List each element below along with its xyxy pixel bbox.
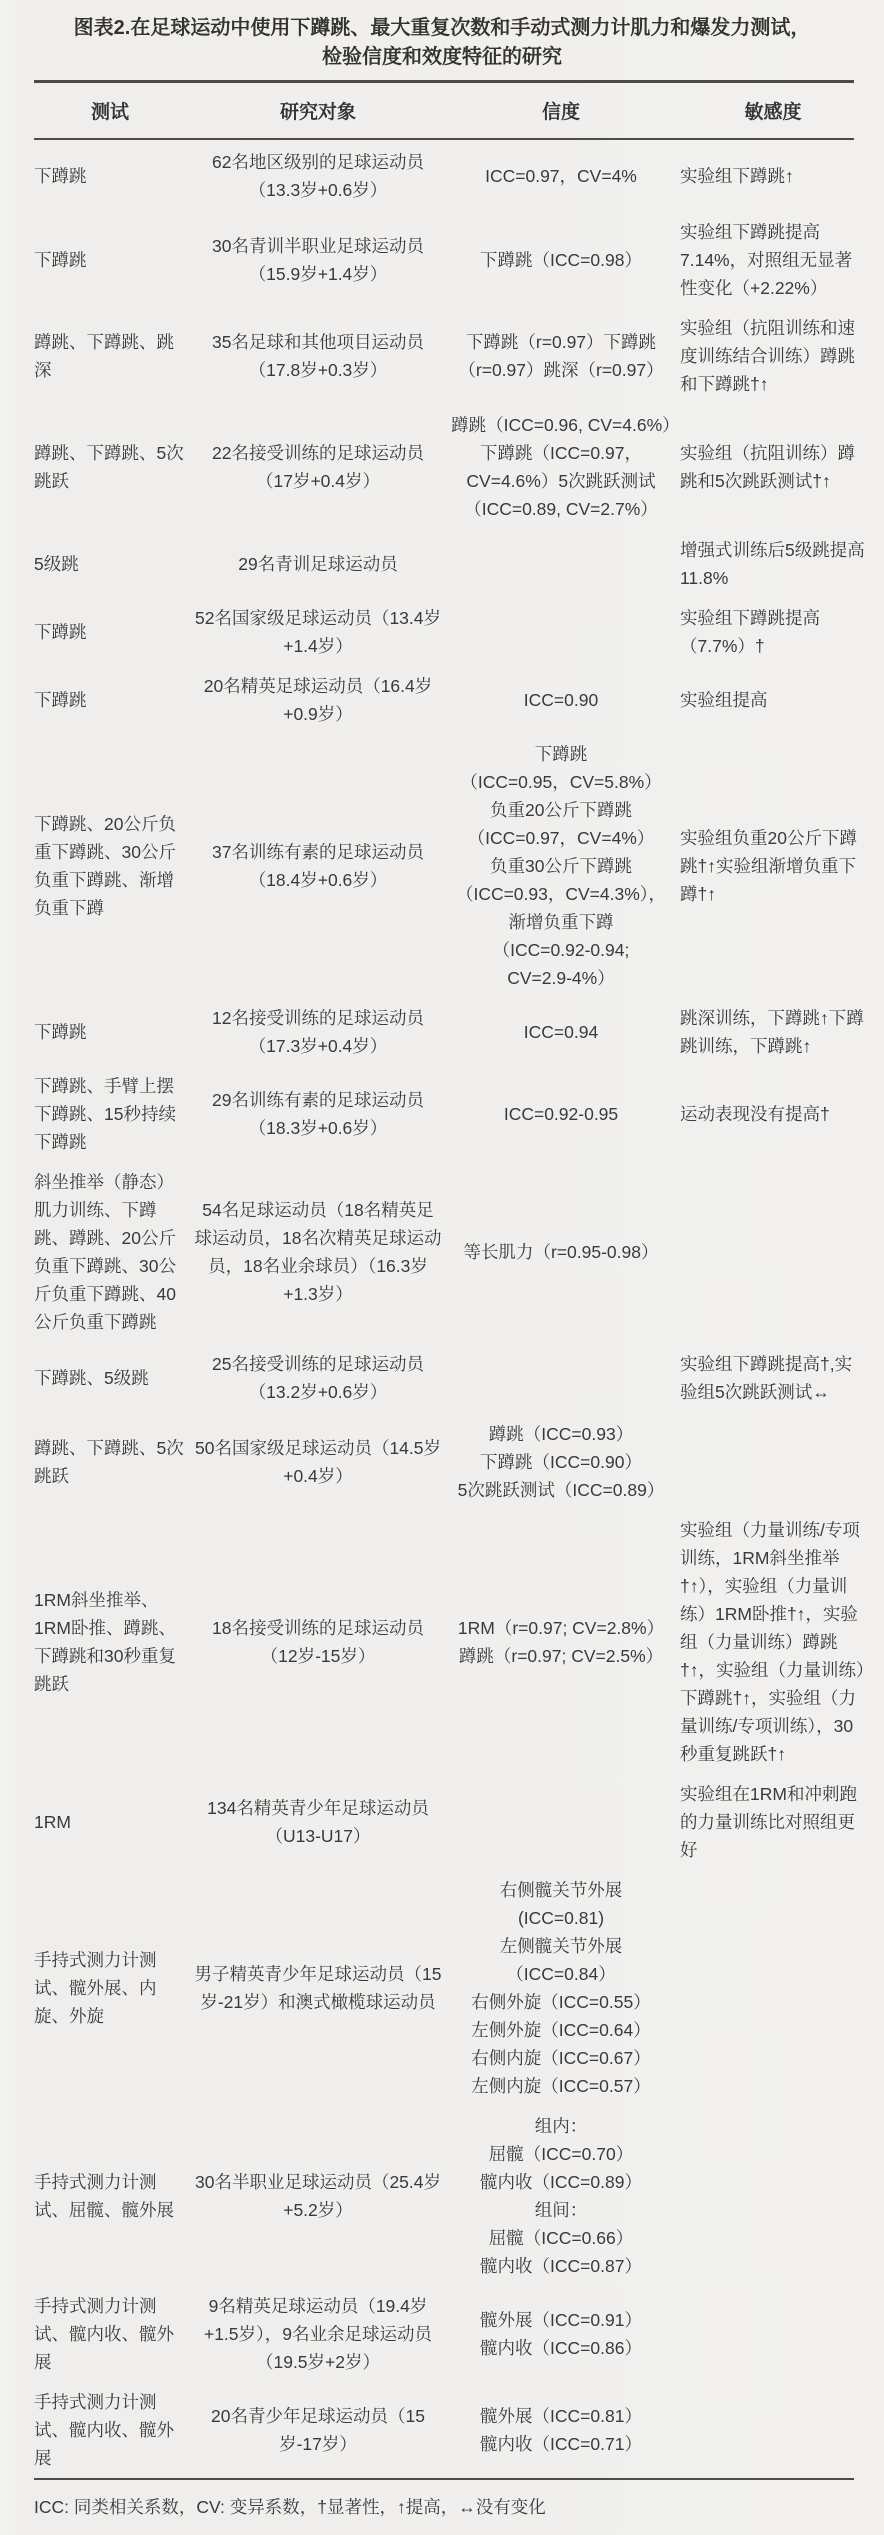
sensitivity-cell: 实验组下蹲跳提高†,实验组5次跳跃测试↔	[680, 1350, 866, 1406]
subjects-cell: 35名足球和其他项目运动员（17.8岁+0.3岁）	[194, 328, 442, 384]
sensitivity-cell: 实验组（力量训练/专项训练，1RM斜坐推举†↑），实验组（力量训练）1RM卧推†…	[680, 1516, 866, 1768]
table-row: 下蹲跳 20名精英足球运动员（16.4岁+0.9岁） ICC=0.90 实验组提…	[6, 666, 878, 734]
sensitivity-cell: 实验组提高	[680, 686, 866, 714]
sensitivity-cell: 实验组下蹲跳提高（7.7%）†	[680, 604, 866, 660]
reliability-cell: 组内： 屈髋（ICC=0.70） 髋内收（ICC=0.89） 组间： 屈髋（IC…	[450, 2112, 672, 2280]
reliability-cell: 等长肌力（r=0.95-0.98）	[450, 1238, 672, 1266]
test-cell: 手持式测力计测试、屈髋、髋外展	[34, 2168, 186, 2224]
test-cell: 下蹲跳、手臂上摆下蹲跳、15秒持续下蹲跳	[34, 1072, 186, 1156]
test-cell: 手持式测力计测试、髋内收、髋外展	[34, 2292, 186, 2376]
table-row: 1RM 134名精英青少年足球运动员（U13-U17） 实验组在1RM和冲刺跑的…	[6, 1774, 878, 1870]
test-cell: 手持式测力计测试、髋外展、内旋、外旋	[34, 1946, 186, 2030]
sensitivity-cell: 实验组下蹲跳↑	[680, 162, 866, 190]
table-row: 下蹲跳、5级跳 25名接受训练的足球运动员（13.2岁+0.6岁） 实验组下蹲跳…	[6, 1342, 878, 1414]
subjects-cell: 20名青少年足球运动员（15岁-17岁）	[194, 2402, 442, 2458]
test-cell: 蹲跳、下蹲跳、5次跳跃	[34, 439, 186, 495]
reliability-cell: 蹲跳（ICC=0.93） 下蹲跳（ICC=0.90） 5次跳跃测试（ICC=0.…	[450, 1420, 672, 1504]
test-cell: 下蹲跳	[34, 1018, 186, 1046]
subjects-cell: 9名精英足球运动员（19.4岁+1.5岁），9名业余足球运动员（19.5岁+2岁…	[194, 2292, 442, 2376]
subjects-cell: 12名接受训练的足球运动员（17.3岁+0.4岁）	[194, 1004, 442, 1060]
sensitivity-cell: 实验组下蹲跳提高7.14%，对照组无显著性变化（+2.22%）	[680, 218, 866, 302]
test-cell: 蹲跳、下蹲跳、5次跳跃	[34, 1434, 186, 1490]
table-row: 手持式测力计测试、髋内收、髋外展 9名精英足球运动员（19.4岁+1.5岁），9…	[6, 2286, 878, 2382]
table-title-line2: 检验信度和效度特征的研究	[46, 43, 838, 72]
table-title: 图表2.在足球运动中使用下蹲跳、最大重复次数和手动式测力计肌力和爆发力测试， 检…	[6, 8, 878, 80]
test-cell: 手持式测力计测试、髋内收、髋外展	[34, 2388, 186, 2472]
sensitivity-cell: 增强式训练后5级跳提高11.8%	[680, 536, 866, 592]
table-footnote: ICC: 同类相关系数，CV: 变异系数，†显著性，↑提高，↔没有变化	[6, 2480, 878, 2525]
table-header-row: 测试 研究对象 信度 敏感度	[6, 83, 878, 138]
table-row: 下蹲跳 12名接受训练的足球运动员（17.3岁+0.4岁） ICC=0.94 跳…	[6, 998, 878, 1066]
reliability-cell: 蹲跳（ICC=0.96, CV=4.6%）下蹲跳（ICC=0.97，CV=4.6…	[450, 411, 672, 523]
sensitivity-cell: 实验组（抗阻训练）蹲跳和5次跳跃测试†↑	[680, 439, 866, 495]
reliability-cell: ICC=0.94	[450, 1018, 672, 1046]
table-row: 下蹲跳 52名国家级足球运动员（13.4岁+1.4岁） 实验组下蹲跳提高（7.7…	[6, 598, 878, 666]
subjects-cell: 62名地区级别的足球运动员（13.3岁+0.6岁）	[194, 148, 442, 204]
subjects-cell: 50名国家级足球运动员（14.5岁+0.4岁）	[194, 1434, 442, 1490]
table-row: 下蹲跳 30名青训半职业足球运动员（15.9岁+1.4岁） 下蹲跳（ICC=0.…	[6, 212, 878, 308]
column-header-reliability: 信度	[450, 97, 672, 124]
subjects-cell: 25名接受训练的足球运动员（13.2岁+0.6岁）	[194, 1350, 442, 1406]
table-row: 手持式测力计测试、屈髋、髋外展 30名半职业足球运动员（25.4岁+5.2岁） …	[6, 2106, 878, 2286]
sensitivity-cell: 实验组（抗阻训练和速度训练结合训练）蹲跳和下蹲跳†↑	[680, 314, 866, 398]
subjects-cell: 134名精英青少年足球运动员（U13-U17）	[194, 1794, 442, 1850]
table-row: 手持式测力计测试、髋内收、髋外展 20名青少年足球运动员（15岁-17岁） 髋外…	[6, 2382, 878, 2478]
document-page: 图表2.在足球运动中使用下蹲跳、最大重复次数和手动式测力计肌力和爆发力测试， 检…	[0, 0, 884, 2535]
subjects-cell: 30名青训半职业足球运动员（15.9岁+1.4岁）	[194, 232, 442, 288]
subjects-cell: 52名国家级足球运动员（13.4岁+1.4岁）	[194, 604, 442, 660]
table-row: 斜坐推举（静态）肌力训练、下蹲跳、蹲跳、20公斤负重下蹲跳、30公斤负重下蹲跳、…	[6, 1162, 878, 1342]
test-cell: 下蹲跳、20公斤负重下蹲跳、30公斤负重下蹲跳、渐增负重下蹲	[34, 810, 186, 922]
test-cell: 下蹲跳	[34, 618, 186, 646]
subjects-cell: 29名青训足球运动员	[194, 550, 442, 578]
sensitivity-cell: 实验组在1RM和冲刺跑的力量训练比对照组更好	[680, 1780, 866, 1864]
reliability-cell: 下蹲跳（ICC=0.98）	[450, 246, 672, 274]
subjects-cell: 29名训练有素的足球运动员（18.3岁+0.6岁）	[194, 1086, 442, 1142]
test-cell: 斜坐推举（静态）肌力训练、下蹲跳、蹲跳、20公斤负重下蹲跳、30公斤负重下蹲跳、…	[34, 1168, 186, 1336]
subjects-cell: 18名接受训练的足球运动员（12岁-15岁）	[194, 1614, 442, 1670]
table-row: 手持式测力计测试、髋外展、内旋、外旋 男子精英青少年足球运动员（15岁-21岁）…	[6, 1870, 878, 2106]
table-title-line1: 图表2.在足球运动中使用下蹲跳、最大重复次数和手动式测力计肌力和爆发力测试，	[46, 14, 838, 43]
subjects-cell: 37名训练有素的足球运动员（18.4岁+0.6岁）	[194, 838, 442, 894]
table-row: 下蹲跳、20公斤负重下蹲跳、30公斤负重下蹲跳、渐增负重下蹲 37名训练有素的足…	[6, 734, 878, 998]
test-cell: 1RM	[34, 1808, 186, 1836]
column-header-test: 测试	[34, 97, 186, 124]
table-row: 蹲跳、下蹲跳、跳深 35名足球和其他项目运动员（17.8岁+0.3岁） 下蹲跳（…	[6, 308, 878, 404]
reliability-cell: 1RM（r=0.97; CV=2.8%） 蹲跳（r=0.97; CV=2.5%）	[450, 1614, 672, 1670]
reliability-cell: 下蹲跳 （ICC=0.95，CV=5.8%） 负重20公斤下蹲跳 （ICC=0.…	[450, 740, 672, 992]
column-header-sensitivity: 敏感度	[680, 97, 866, 124]
table-row: 下蹲跳 62名地区级别的足球运动员（13.3岁+0.6岁） ICC=0.97，C…	[6, 140, 878, 212]
reliability-cell: 髋外展（ICC=0.81） 髋内收（ICC=0.71）	[450, 2402, 672, 2458]
test-cell: 蹲跳、下蹲跳、跳深	[34, 328, 186, 384]
test-cell: 下蹲跳	[34, 246, 186, 274]
test-cell: 1RM斜坐推举、1RM卧推、蹲跳、下蹲跳和30秒重复跳跃	[34, 1586, 186, 1698]
subjects-cell: 54名足球运动员（18名精英足球运动员，18名次精英足球运动员，18名业余球员）…	[194, 1196, 442, 1308]
reliability-cell: 下蹲跳（r=0.97）下蹲跳（r=0.97）跳深（r=0.97）	[450, 328, 672, 384]
table-row: 下蹲跳、手臂上摆下蹲跳、15秒持续下蹲跳 29名训练有素的足球运动员（18.3岁…	[6, 1066, 878, 1162]
reliability-cell: 髋外展（ICC=0.91） 髋内收（ICC=0.86）	[450, 2306, 672, 2362]
table-row: 蹲跳、下蹲跳、5次跳跃 50名国家级足球运动员（14.5岁+0.4岁） 蹲跳（I…	[6, 1414, 878, 1510]
table-row: 5级跳 29名青训足球运动员 增强式训练后5级跳提高11.8%	[6, 530, 878, 598]
subjects-cell: 30名半职业足球运动员（25.4岁+5.2岁）	[194, 2168, 442, 2224]
reliability-cell: ICC=0.92-0.95	[450, 1100, 672, 1128]
subjects-cell: 22名接受训练的足球运动员（17岁+0.4岁）	[194, 439, 442, 495]
sensitivity-cell: 实验组负重20公斤下蹲跳†↑实验组渐增负重下蹲†↑	[680, 824, 866, 908]
reliability-cell: ICC=0.90	[450, 686, 672, 714]
test-cell: 下蹲跳	[34, 686, 186, 714]
table-row: 蹲跳、下蹲跳、5次跳跃 22名接受训练的足球运动员（17岁+0.4岁） 蹲跳（I…	[6, 404, 878, 530]
subjects-cell: 男子精英青少年足球运动员（15岁-21岁）和澳式橄榄球运动员	[194, 1960, 442, 2016]
sensitivity-cell: 运动表现没有提高†	[680, 1100, 866, 1128]
table-row: 1RM斜坐推举、1RM卧推、蹲跳、下蹲跳和30秒重复跳跃 18名接受训练的足球运…	[6, 1510, 878, 1774]
column-header-subjects: 研究对象	[194, 97, 442, 124]
test-cell: 下蹲跳	[34, 162, 186, 190]
subjects-cell: 20名精英足球运动员（16.4岁+0.9岁）	[194, 672, 442, 728]
reliability-cell: 右侧髋关节外展 (ICC=0.81) 左侧髋关节外展 （ICC=0.84） 右侧…	[450, 1876, 672, 2100]
test-cell: 下蹲跳、5级跳	[34, 1364, 186, 1392]
table-body: 下蹲跳 62名地区级别的足球运动员（13.3岁+0.6岁） ICC=0.97，C…	[6, 140, 878, 2478]
sensitivity-cell: 跳深训练，下蹲跳↑下蹲跳训练，下蹲跳↑	[680, 1004, 866, 1060]
test-cell: 5级跳	[34, 550, 186, 578]
reliability-cell: ICC=0.97，CV=4%	[450, 162, 672, 190]
